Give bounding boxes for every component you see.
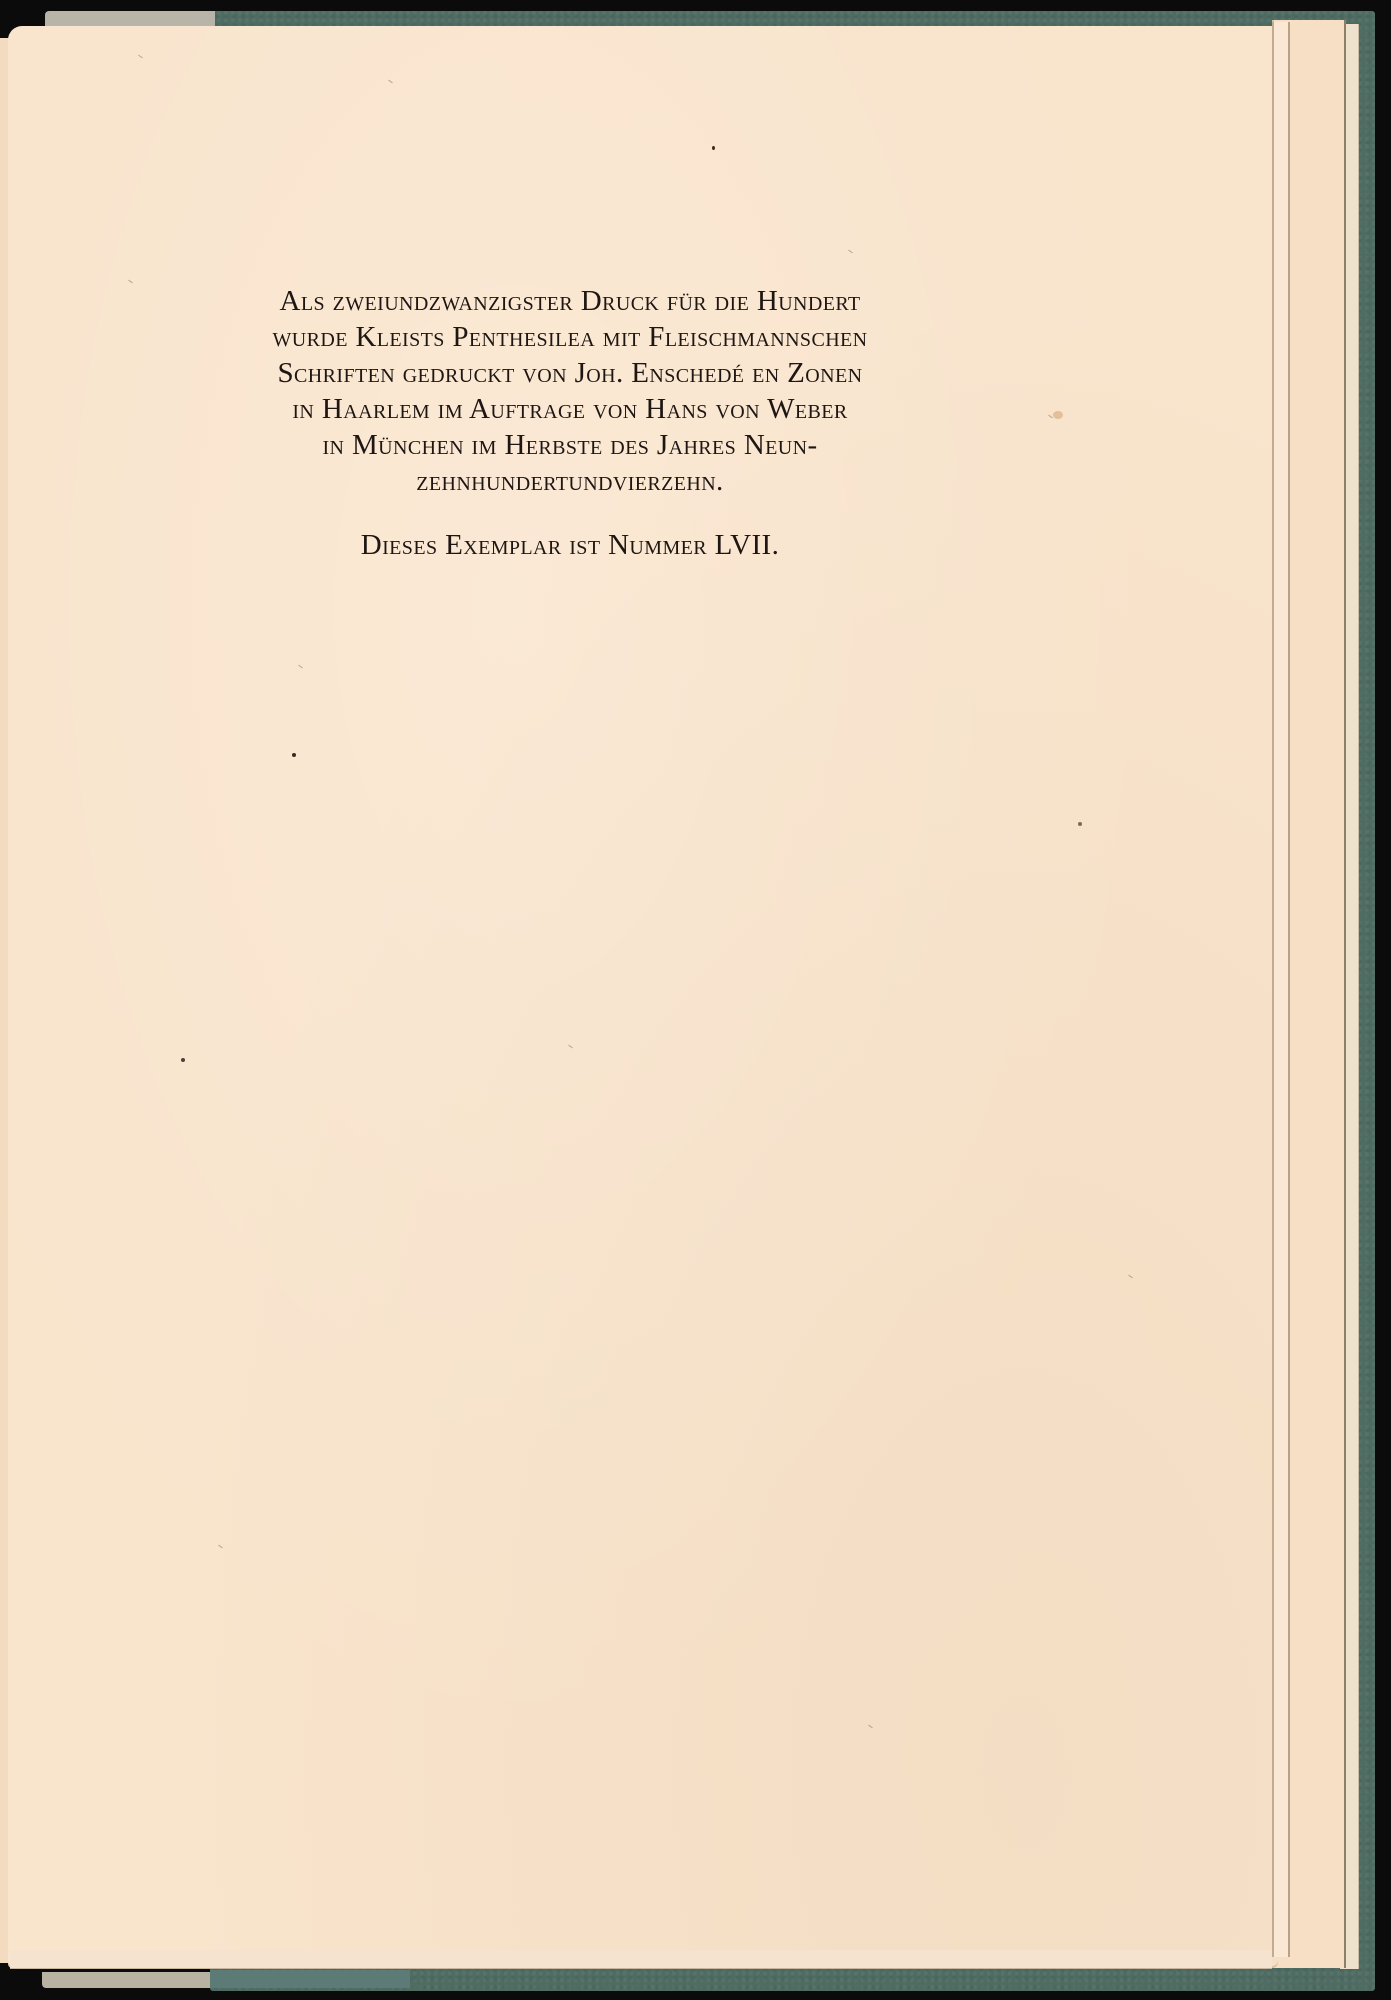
paper-speck bbox=[712, 146, 715, 150]
colophon-line: in Haarlem im Auftrage von Hans von Webe… bbox=[180, 391, 960, 427]
page-bottom-edge bbox=[10, 1950, 1272, 1969]
colophon-line: Schriften gedruckt von Joh. Enschedé en … bbox=[180, 355, 960, 391]
book-spine-top bbox=[45, 11, 215, 27]
spacer bbox=[180, 499, 960, 527]
paper-fibre bbox=[848, 250, 853, 254]
book-cover-bottom-edge bbox=[210, 1970, 410, 1988]
paper-fibre bbox=[218, 1545, 223, 1549]
paper-stain bbox=[1053, 411, 1063, 419]
paper-speck bbox=[292, 753, 296, 757]
colophon-line: in München im Herbste des Jahres Neun- bbox=[180, 427, 960, 463]
deckle-edge bbox=[1272, 22, 1290, 1957]
paper-fibre bbox=[868, 1725, 873, 1729]
paper-fibre bbox=[388, 80, 393, 84]
paper-fibre bbox=[138, 55, 143, 59]
colophon: Als zweiundzwanzigster Druck für die Hun… bbox=[180, 283, 960, 563]
paper-speck bbox=[181, 1058, 185, 1062]
paper-speck bbox=[1078, 822, 1082, 826]
paper-fibre bbox=[1128, 1275, 1133, 1279]
paper-fibre bbox=[298, 665, 303, 669]
paper-fibre bbox=[568, 1045, 573, 1049]
paper-fibre bbox=[128, 280, 133, 284]
colophon-line: zehnhundertundvierzehn. bbox=[180, 463, 960, 499]
colophon-line: Als zweiundzwanzigster Druck für die Hun… bbox=[180, 283, 960, 319]
copy-number-line: Dieses Exemplar ist Nummer LVII. bbox=[180, 527, 960, 563]
book-spine-bottom bbox=[42, 1972, 214, 1988]
colophon-line: wurde Kleists Penthesilea mit Fleischman… bbox=[180, 319, 960, 355]
